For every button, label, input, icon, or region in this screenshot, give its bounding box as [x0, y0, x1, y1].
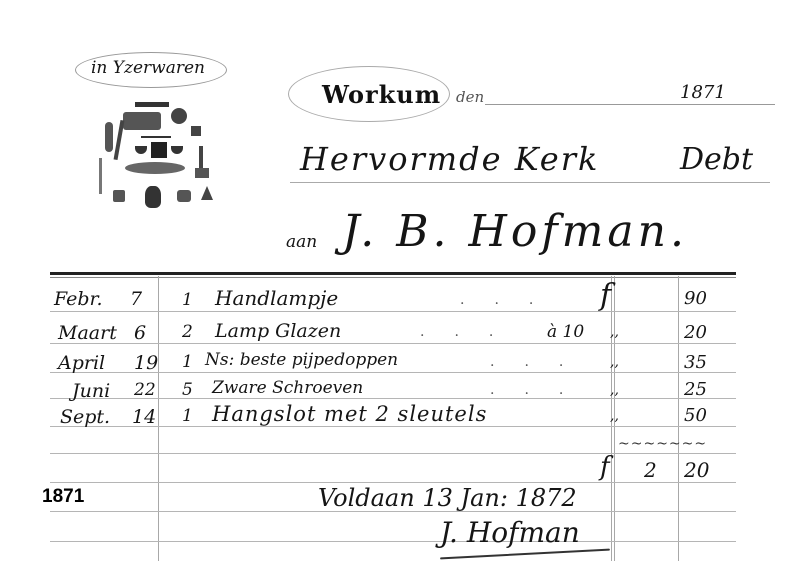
- date-column-divider: [158, 276, 159, 561]
- leader-dots: ...: [460, 292, 563, 308]
- tools-illustration-icon: [95, 98, 225, 218]
- item-month: Maart: [58, 322, 117, 344]
- ledger-row-line: [50, 311, 736, 312]
- signature-flourish: [440, 549, 610, 560]
- total-flourish-divider: ~~~~~~~: [618, 436, 707, 452]
- ledger-row-line: [50, 453, 736, 454]
- signature: J. Hofman: [440, 516, 580, 549]
- total-currency: f: [600, 452, 610, 482]
- ledger-header-rule-thin: [50, 277, 736, 278]
- item-cents: 35: [684, 352, 707, 373]
- town-name: Workum: [322, 80, 441, 109]
- item-description: Zware Schroeven: [212, 378, 363, 398]
- item-day: 22: [134, 380, 156, 400]
- item-cents: 90: [684, 288, 707, 309]
- item-qty: 2: [182, 322, 193, 342]
- item-qty: 1: [182, 290, 193, 310]
- item-qty: 1: [182, 406, 193, 426]
- item-currency: ,,: [610, 382, 619, 398]
- year-preprint: 1871: [680, 82, 726, 103]
- leader-dots: ...: [490, 354, 593, 370]
- trade-banner-text: in Yzerwaren: [91, 58, 205, 78]
- leader-dots: ...: [490, 382, 593, 398]
- debtor-suffix: Debt: [680, 142, 753, 177]
- item-currency: ,,: [610, 354, 619, 370]
- total-cents: 20: [684, 458, 709, 482]
- item-day: 6: [134, 322, 146, 344]
- year-suffix: 1: [714, 82, 725, 103]
- item-description: Handlampje: [215, 286, 338, 310]
- creditor-prefix: aan: [286, 232, 317, 252]
- item-note: à 10: [547, 322, 584, 342]
- cents-column-divider: [678, 276, 679, 561]
- item-month: Febr.: [54, 288, 103, 310]
- item-month: Sept.: [60, 406, 110, 428]
- item-qty: 1: [182, 352, 193, 372]
- total-guilders: 2: [644, 458, 657, 482]
- leader-dots: ...: [420, 324, 523, 340]
- ledger-header-rule: [50, 272, 736, 275]
- item-day: 7: [130, 288, 142, 310]
- den-label: den: [456, 88, 484, 106]
- item-cents: 50: [684, 405, 707, 426]
- receipt-place-date: Voldaan 13 Jan: 1872: [318, 484, 577, 512]
- letterhead-vignette: in Yzerwaren: [65, 40, 255, 220]
- item-currency: ,,: [610, 408, 619, 424]
- item-description: Hangslot met 2 sleutels: [212, 402, 487, 426]
- ledger-row-line: [50, 343, 736, 344]
- item-description: Lamp Glazen: [215, 320, 341, 342]
- item-day: 14: [132, 406, 156, 428]
- year-label: 1871: [42, 486, 84, 508]
- item-month: Juni: [72, 380, 110, 402]
- item-day: 19: [134, 352, 158, 374]
- ledger-row-line: [50, 541, 736, 542]
- debtor-name: Hervormde Kerk: [300, 140, 599, 178]
- item-currency: f: [600, 278, 611, 313]
- item-description: Ns: beste pijpedoppen: [205, 350, 398, 370]
- date-line: [485, 104, 775, 105]
- item-qty: 5: [182, 380, 193, 400]
- item-currency: ,,: [610, 324, 619, 340]
- ledger-row-line: [50, 482, 736, 483]
- year-prefix: 187: [680, 82, 714, 103]
- item-cents: 20: [684, 322, 707, 343]
- debtor-underline: [290, 182, 770, 183]
- creditor-name: J. B. Hofman.: [342, 206, 688, 257]
- item-cents: 25: [684, 379, 707, 400]
- item-month: April: [58, 352, 105, 374]
